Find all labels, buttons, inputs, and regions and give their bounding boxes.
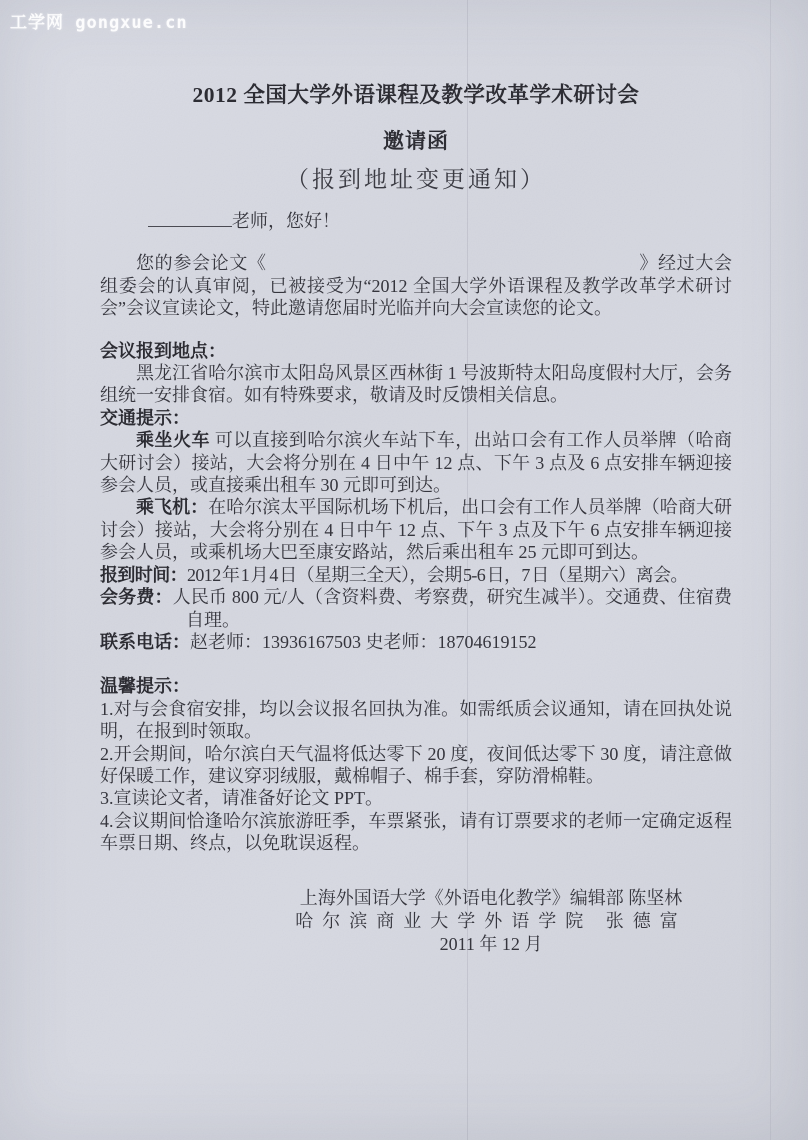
phone-label: 联系电话： (100, 632, 190, 652)
greeting-line: 老师，您好！ (100, 210, 732, 232)
intro-text-after-blank: 》经过大会 (639, 253, 732, 273)
signature-line-2: 哈尔滨商业大学外语学院 张德富 (256, 910, 726, 933)
venue-label: 会议报到地点： (100, 340, 732, 362)
phone-paragraph: 联系电话：赵老师：13936167503 史老师：18704619152 (100, 631, 732, 653)
name-blank-underline (148, 225, 232, 227)
fee-paragraph: 会务费：人民币 800 元/人（含资料费、考察费，研究生减半）。交通费、住宿费自… (100, 586, 732, 631)
signature-line-1: 上海外国语大学《外语电化教学》编辑部 陈坚林 (256, 887, 726, 910)
plane-paragraph: 乘飞机：在哈尔滨太平国际机场下机后，出口会有工作人员举牌（哈商大研讨会）接站，大… (100, 496, 732, 563)
intro-paragraph: 您的参会论文《》经过大会组委会的认真审阅，已被接受为“2012 全国大学外语课程… (100, 252, 732, 319)
signature-block: 上海外国语大学《外语电化教学》编辑部 陈坚林 哈尔滨商业大学外语学院 张德富 2… (256, 887, 726, 956)
tips-label: 温馨提示： (100, 675, 732, 697)
train-paragraph: 乘坐火车 可以直接到哈尔滨火车站下车，出站口会有工作人员举牌（哈商大研讨会）接站… (100, 429, 732, 496)
greeting-text: 老师，您好！ (232, 211, 340, 231)
signature-date: 2011 年 12 月 (256, 933, 726, 956)
tip-item-3: 3.宣读论文者，请准备好论文 PPT。 (100, 787, 732, 809)
fee-label: 会务费： (100, 587, 173, 607)
fee-text: 人民币 800 元/人（含资料费、考察费，研究生减半）。交通费、住宿费自理。 (173, 587, 732, 629)
phone-text: 赵老师：13936167503 史老师：18704619152 (190, 632, 537, 652)
checkin-text: 2012 年 1 月 4 日（星期三全天），会期 5-6 日，7 日（星期六）离… (187, 565, 688, 585)
address-change-notice: （报到地址变更通知） (100, 164, 732, 196)
paper-title-blank (267, 268, 639, 269)
tip-item-2: 2.开会期间，哈尔滨白天气温将低达零下 20 度，夜间低达零下 30 度，请注意… (100, 743, 732, 788)
scanned-letter-page: 工学网 gongxue.cn 2012 全国大学外语课程及教学改革学术研讨会 邀… (0, 0, 808, 1140)
document-subtitle: 邀请函 (100, 126, 732, 156)
transport-label: 交通提示： (100, 407, 732, 429)
intro-text-rest: 组委会的认真审阅，已被接受为“2012 全国大学外语课程及教学改革学术研讨会”会… (100, 276, 732, 318)
checkin-label: 报到时间： (100, 565, 187, 585)
train-label: 乘坐火车 (136, 430, 210, 450)
tip-item-4: 4.会议期间恰逢哈尔滨旅游旺季，车票紧张，请有订票要求的老师一定确定返程车票日期… (100, 810, 732, 855)
tip-item-1: 1.对与会食宿安排，均以会议报名回执为准。如需纸质会议通知，请在回执处说明，在报… (100, 698, 732, 743)
right-crease-line (770, 0, 771, 1140)
venue-text: 黑龙江省哈尔滨市太阳岛风景区西林街 1 号波斯特太阳岛度假村大厅，会务组统一安排… (100, 362, 732, 407)
document-title: 2012 全国大学外语课程及教学改革学术研讨会 (100, 80, 732, 110)
intro-text-before-blank: 您的参会论文《 (136, 253, 267, 273)
plane-label: 乘飞机： (136, 497, 208, 517)
checkin-paragraph: 报到时间：2012 年 1 月 4 日（星期三全天），会期 5-6 日，7 日（… (100, 564, 732, 586)
letter-content: 2012 全国大学外语课程及教学改革学术研讨会 邀请函 （报到地址变更通知） 老… (100, 0, 732, 956)
